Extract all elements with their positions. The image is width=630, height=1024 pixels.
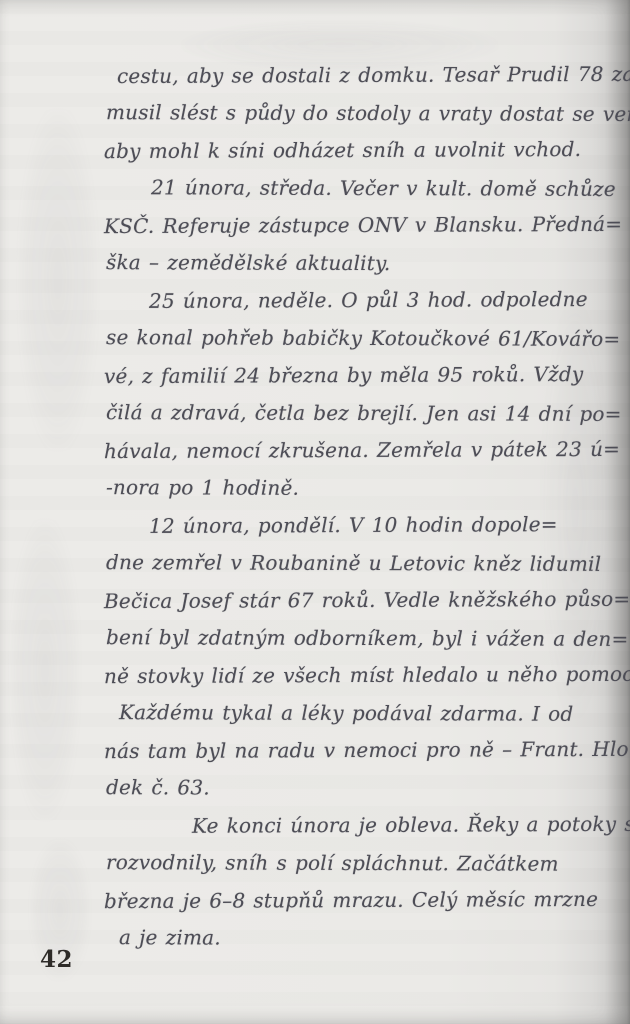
handwritten-line: cestu, aby se dostali z domku. Tesař Pru… [104, 56, 609, 96]
handwritten-line: ně stovky lidí ze všech míst hledalo u n… [104, 656, 609, 696]
handwritten-line: čilá a zdravá, četla bez brejlí. Jen asi… [106, 394, 611, 433]
handwritten-line-paragraph-start: Ke konci února je obleva. Řeky a potoky … [104, 806, 609, 846]
handwritten-line: dek č. 63. [106, 769, 611, 808]
bleed-through-smudge [18, 110, 98, 450]
handwritten-line: musil slést s půdy do stodoly a vraty do… [106, 94, 611, 133]
handwritten-line-paragraph-start: 25 února, neděle. O půl 3 hod. odpoledne [104, 281, 609, 321]
handwritten-line: rozvodnily, sníh s polí spláchnut. Začát… [106, 844, 611, 883]
handwritten-line: aby mohl k síni odházet sníh a uvolnit v… [104, 131, 609, 171]
handwritten-line: bení byl zdatným odborníkem, byl i vážen… [106, 619, 611, 658]
handwritten-line-paragraph-start: 21 února, středa. Večer v kult. domě sch… [106, 169, 611, 208]
handwritten-text-block: cestu, aby se dostali z domku. Tesař Pru… [104, 57, 609, 957]
handwritten-line: a je zima. [106, 919, 611, 958]
handwritten-line: nás tam byl na radu v nemoci pro ně – Fr… [104, 731, 609, 771]
handwritten-line: vé, z familií 24 března by měla 95 roků.… [104, 356, 609, 396]
handwritten-line: Každému tykal a léky podával zdarma. I o… [106, 694, 611, 733]
handwritten-line: hávala, nemocí zkrušena. Zemřela v pátek… [104, 431, 609, 471]
handwritten-line: dne zemřel v Roubanině u Letovic kněz li… [106, 544, 611, 583]
handwritten-line-paragraph-start: 12 února, pondělí. V 10 hodin dopole= [104, 506, 609, 546]
page-number: 42 [40, 946, 73, 973]
handwritten-line: března je 6–8 stupňů mrazu. Celý měsíc m… [104, 881, 609, 921]
handwritten-line: ška – zemědělské aktuality. [106, 244, 611, 283]
handwritten-line: KSČ. Referuje zástupce ONV v Blansku. Př… [104, 206, 609, 246]
bleed-through-smudge [10, 520, 80, 820]
handwritten-line: -nora po 1 hodině. [106, 469, 611, 508]
manuscript-page: cestu, aby se dostali z domku. Tesař Pru… [0, 0, 630, 1024]
handwritten-line: Bečica Josef stár 67 roků. Vedle kněžské… [104, 581, 609, 621]
handwritten-line: se konal pohřeb babičky Kotoučkové 61/Ko… [106, 319, 611, 358]
